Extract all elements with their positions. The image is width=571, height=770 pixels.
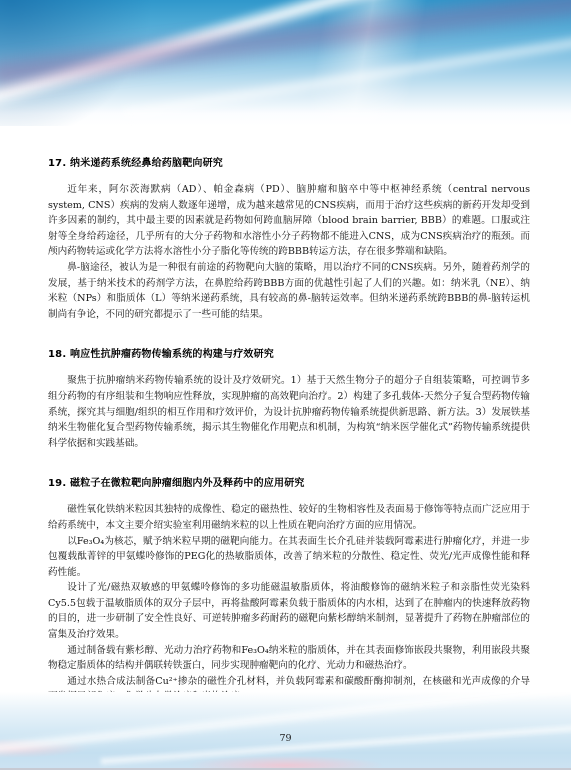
paragraph: 近年来，阿尔茨海默病（AD）、帕金森病（PD）、脑肿瘤和脑卒中等中枢神经系统（c… <box>48 182 530 260</box>
paragraph: 鼻-脑途径，被认为是一种很有前途的药物靶向大脑的策略，用以治疗不同的CNS疾病。… <box>48 260 530 322</box>
section-18: 18. 响应性抗肿瘤药物传输系统的构建与疗效研究 聚焦于抗肿瘤纳米药物传输系统的… <box>48 345 530 451</box>
section-18-heading: 18. 响应性抗肿瘤药物传输系统的构建与疗效研究 <box>48 345 530 360</box>
section-17-heading: 17. 纳米递药系统经鼻给药脑靶向研究 <box>48 154 530 169</box>
paragraph: 以Fe₃O₄为核芯，赋予纳米粒早期的磁靶向能力。在其表面生长介孔硅并装载阿霉素进… <box>48 534 530 581</box>
document-page: 17. 纳米递药系统经鼻给药脑靶向研究 近年来，阿尔茨海默病（AD）、帕金森病（… <box>0 0 571 770</box>
paragraph: 设计了光/磁热双敏感的甲氨蝶呤修饰的多功能磁温敏脂质体，将油酸修饰的磁纳米粒子和… <box>48 580 530 642</box>
paragraph: 磁性氧化铁纳米粒因其独特的成像性、稳定的磁热性、较好的生物相容性及表面易于修饰等… <box>48 502 530 533</box>
footer-wave-graphic <box>0 692 571 770</box>
header-wave-graphic <box>0 0 571 126</box>
paragraph: 通过制备载有紫杉醇、光动力治疗药物和Fe₃O₄纳米粒的脂质体，并在其表面修饰嵌段… <box>48 643 530 674</box>
section-19: 19. 磁粒子在微粒靶向肿瘤细胞内外及释药中的应用研究 磁性氧化铁纳米粒因其独特… <box>48 474 530 705</box>
section-17: 17. 纳米递药系统经鼻给药脑靶向研究 近年来，阿尔茨海默病（AD）、帕金森病（… <box>48 154 530 322</box>
section-19-heading: 19. 磁粒子在微粒靶向肿瘤细胞内外及释药中的应用研究 <box>48 474 530 489</box>
page-number: 79 <box>0 733 571 744</box>
paragraph: 聚焦于抗肿瘤纳米药物传输系统的设计及疗效研究。1）基于天然生物分子的超分子自组装… <box>48 373 530 451</box>
page-content: 17. 纳米递药系统经鼻给药脑靶向研究 近年来，阿尔茨海默病（AD）、帕金森病（… <box>48 154 530 705</box>
